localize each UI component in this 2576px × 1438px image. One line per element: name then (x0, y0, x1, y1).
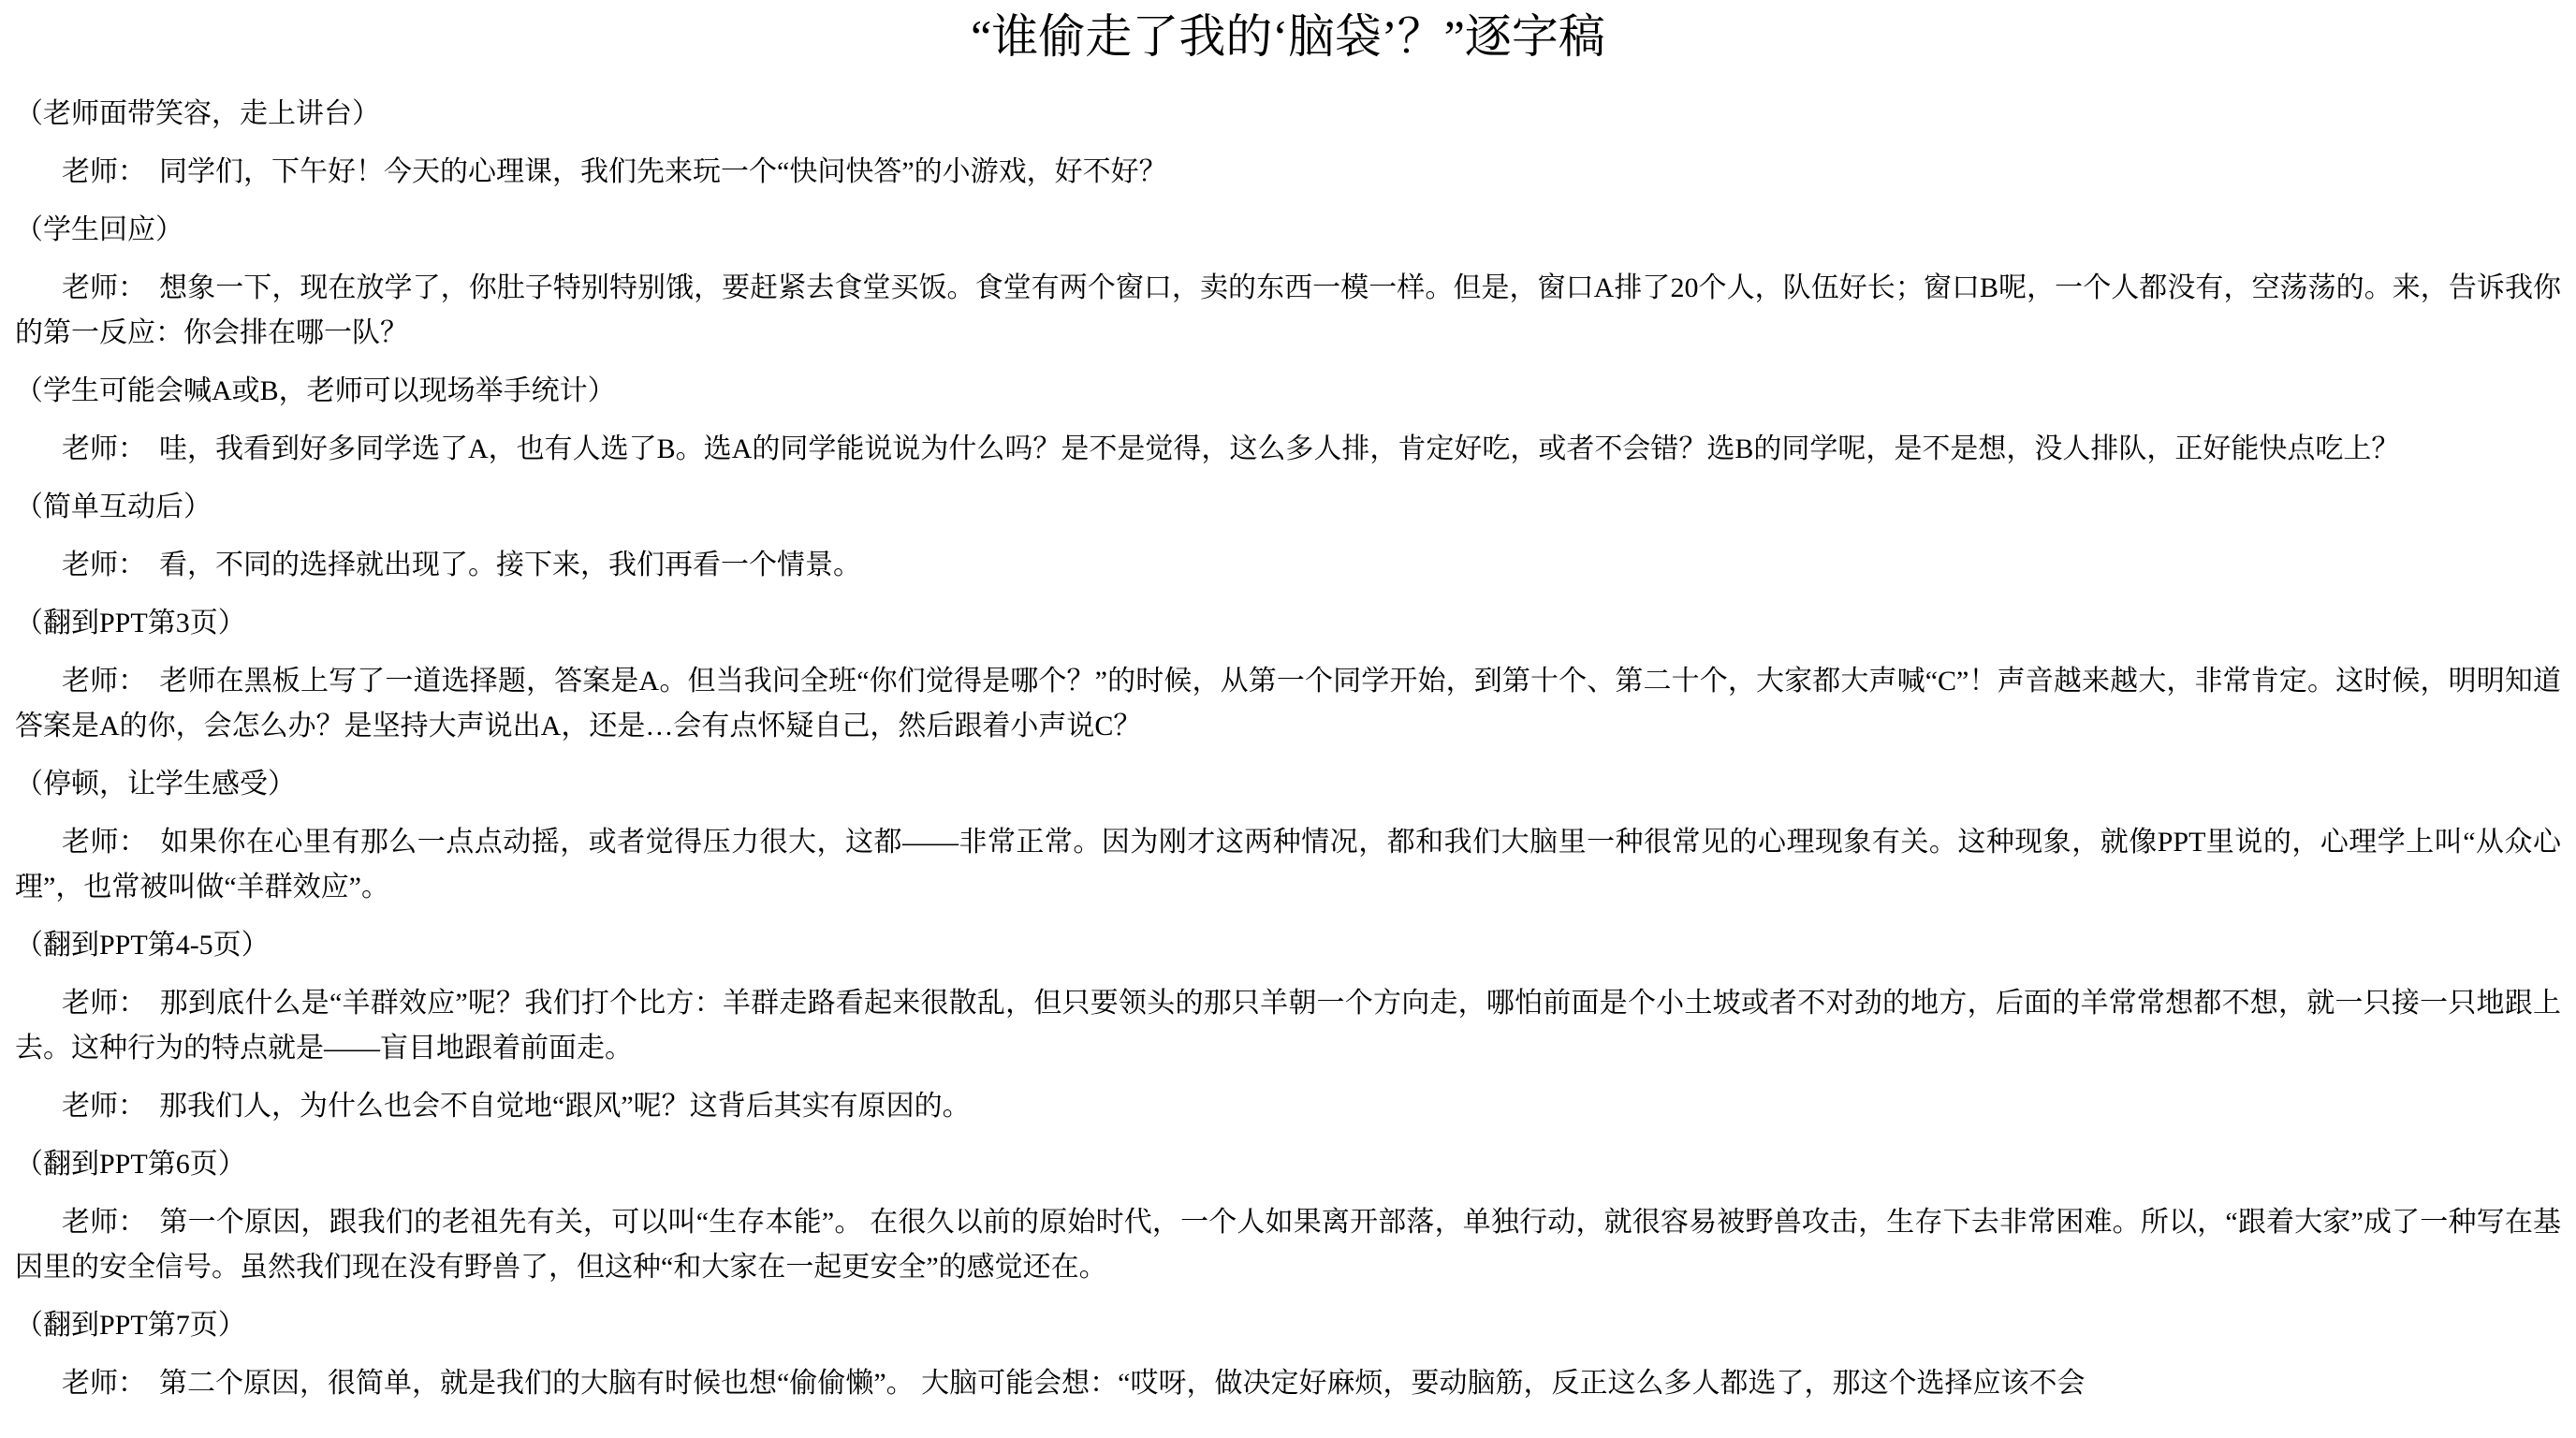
dialogue-paragraph: 老师：老师在黑板上写了一道选择题，答案是A。但当我问全班“你们觉得是哪个？”的时… (15, 659, 2561, 749)
dialogue-paragraph: 老师：第二个原因，很简单，就是我们的大脑有时候也想“偷偷懒”。 大脑可能会想：“… (15, 1361, 2561, 1406)
stage-direction: （简单互动后） (15, 485, 2561, 530)
paragraph-text: 同学们，下午好！今天的心理课，我们先来玩一个“快问快答”的小游戏，好不好？ (159, 156, 1167, 187)
dialogue-paragraph: 老师：那到底什么是“羊群效应”呢？我们打个比方：羊群走路看起来很散乱，但只要领头… (15, 981, 2561, 1071)
stage-direction: （翻到PPT第6页） (15, 1142, 2561, 1187)
speaker-label: 老师： (62, 433, 146, 464)
speaker-label: 老师： (62, 666, 146, 697)
paragraph-text: 看，不同的选择就出现了。接下来，我们再看一个情景。 (159, 550, 861, 580)
stage-direction: （老师面带笑容，走上讲台） (15, 92, 2561, 137)
paragraph-text: （简单互动后） (15, 492, 212, 522)
document-title: “谁偷走了我的‘脑袋’？”逐字稿 (15, 7, 2561, 66)
dialogue-paragraph: 老师：第一个原因，跟我们的老祖先有关，可以叫“生存本能”。 在很久以前的原始时代… (15, 1200, 2561, 1290)
paragraph-text: 那我们人，为什么也会不自觉地“跟风”呢？这背后其实有原因的。 (159, 1091, 971, 1122)
paragraph-text: 想象一下，现在放学了，你肚子特别特别饿，要赶紧去食堂买饭。食堂有两个窗口，卖的东… (15, 272, 2561, 348)
dialogue-paragraph: 老师：看，不同的选择就出现了。接下来，我们再看一个情景。 (15, 543, 2561, 588)
speaker-label: 老师： (62, 272, 146, 303)
paragraph-text: （学生回应） (15, 214, 183, 245)
speaker-label: 老师： (62, 988, 147, 1019)
stage-direction: （学生回应） (15, 208, 2561, 253)
paragraph-text: （停顿，让学生感受） (15, 769, 296, 800)
speaker-label: 老师： (62, 1207, 147, 1238)
stage-direction: （翻到PPT第7页） (15, 1303, 2561, 1348)
document-page: “谁偷走了我的‘脑袋’？”逐字稿 （老师面带笑容，走上讲台）老师：同学们，下午好… (0, 0, 2576, 1438)
paragraph-text: （翻到PPT第4-5页） (15, 930, 270, 961)
paragraph-text: 哇，我看到好多同学选了A，也有人选了B。选A的同学能说说为什么吗？是不是觉得，这… (159, 433, 2399, 464)
speaker-label: 老师： (62, 550, 146, 580)
paragraph-text: （学生可能会喊A或B，老师可以现场举手统计） (15, 375, 616, 406)
paragraph-text: 老师在黑板上写了一道选择题，答案是A。但当我问全班“你们觉得是哪个？”的时候，从… (15, 666, 2561, 741)
transcript-body: （老师面带笑容，走上讲台）老师：同学们，下午好！今天的心理课，我们先来玩一个“快… (15, 92, 2561, 1406)
paragraph-text: （翻到PPT第3页） (15, 608, 246, 638)
stage-direction: （翻到PPT第4-5页） (15, 923, 2561, 968)
paragraph-text: 如果你在心里有那么一点点动摇，或者觉得压力很大，这都——非常正常。因为刚才这两种… (15, 827, 2561, 902)
dialogue-paragraph: 老师：同学们，下午好！今天的心理课，我们先来玩一个“快问快答”的小游戏，好不好？ (15, 150, 2561, 195)
paragraph-text: 第一个原因，跟我们的老祖先有关，可以叫“生存本能”。 在很久以前的原始时代，一个… (15, 1207, 2561, 1283)
paragraph-text: （翻到PPT第7页） (15, 1310, 246, 1341)
paragraph-text: （老师面带笑容，走上讲台） (15, 98, 380, 129)
dialogue-paragraph: 老师：想象一下，现在放学了，你肚子特别特别饿，要赶紧去食堂买饭。食堂有两个窗口，… (15, 266, 2561, 356)
dialogue-paragraph: 老师：哇，我看到好多同学选了A，也有人选了B。选A的同学能说说为什么吗？是不是觉… (15, 427, 2561, 472)
stage-direction: （学生可能会喊A或B，老师可以现场举手统计） (15, 369, 2561, 414)
paragraph-text: （翻到PPT第6页） (15, 1149, 246, 1180)
stage-direction: （停顿，让学生感受） (15, 762, 2561, 807)
speaker-label: 老师： (62, 1368, 146, 1399)
paragraph-text: 那到底什么是“羊群效应”呢？我们打个比方：羊群走路看起来很散乱，但只要领头的那只… (15, 988, 2561, 1064)
paragraph-text: 第二个原因，很简单，就是我们的大脑有时候也想“偷偷懒”。 大脑可能会想：“哎呀，… (159, 1368, 2085, 1399)
speaker-label: 老师： (62, 827, 147, 858)
dialogue-paragraph: 老师：那我们人，为什么也会不自觉地“跟风”呢？这背后其实有原因的。 (15, 1084, 2561, 1129)
speaker-label: 老师： (62, 1091, 146, 1122)
stage-direction: （翻到PPT第3页） (15, 601, 2561, 646)
speaker-label: 老师： (62, 156, 146, 187)
dialogue-paragraph: 老师：如果你在心里有那么一点点动摇，或者觉得压力很大，这都——非常正常。因为刚才… (15, 820, 2561, 910)
